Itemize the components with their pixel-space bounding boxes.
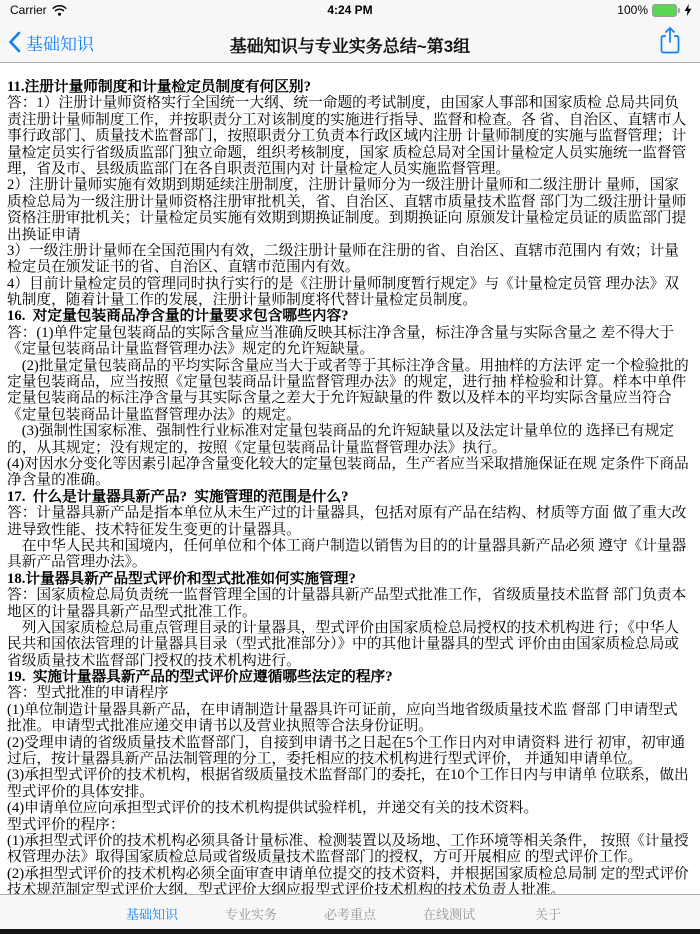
text-line: 型式评价的具体安排。 (7, 784, 693, 800)
text-line: 净含量的准确。 (7, 472, 693, 488)
text-line: 答：型式批准的申请程序 (7, 685, 693, 701)
text-line: (3)承担型式评价的技术机构，根据省级质量技术监督部门的委托，在10个工作日内与… (7, 767, 693, 783)
text-line: 《定量包装商品计量监督管理办法》规定的允许短缺量。 (7, 341, 693, 357)
tab-about[interactable]: 关于 (499, 904, 598, 923)
text-line: 定量包装商品，应当按照《定量包装商品计量监督管理办法》的规定，进行抽 样检验和计… (7, 374, 693, 390)
share-icon (658, 26, 684, 55)
tab-online-test[interactable]: 在线测试 (400, 904, 499, 923)
tab-exam-key-points[interactable]: 必考重点 (301, 904, 400, 923)
text-line: 19. 实施计量器具新产品的型式评价应遵循哪些法定的程序? (7, 669, 693, 685)
text-line: 批准。申请型式批准应递交申请书以及营业执照等合法身份证明。 (7, 718, 693, 734)
text-line: (2)批量定量包装商品的平均实际含量应当大于或者等于其标注净含量。用抽样的方法评… (7, 358, 693, 374)
chevron-left-icon (8, 31, 21, 53)
text-line: 答：国家质检总局负责统一监督管理全国的计量器具新产品型式批准工作，省级质量技术监… (7, 587, 693, 603)
text-line: 责注册计量师制度工作，并按职责分工对该制度的实施进行指导、监督和检查。各 省、自… (7, 112, 693, 128)
text-line: (1)承担型式评价的技术机构必须具备计量标准、检测装置以及场地、工作环境等相关条… (7, 833, 693, 849)
page-title: 基础知识与专业实务总结~第3组 (120, 32, 580, 57)
text-line: (3)强制性国家标准、强制性行业标准对定量包装商品的允许短缺量以及法定计量单位的… (7, 423, 693, 439)
text-line: (1)单位制造计量器具新产品，在申请制造计量器具许可证前，应向当地省级质量技术监… (7, 702, 693, 718)
top-chrome: Carrier 4:24 PM 100% (0, 0, 700, 63)
text-line: 量检定员实行省级质监部门独立命题，组织考核制度，国家 质检总局对全国计量检定人员… (7, 145, 693, 161)
tab-professional-practice[interactable]: 专业实务 (202, 904, 301, 923)
text-line: 4）目前计量检定员的管理同时执行实行的是《注册计量师制度暂行规定》与《计量检定员… (7, 276, 693, 292)
charging-bolt-icon (684, 4, 692, 16)
bottom-strip (0, 929, 700, 934)
text-line: 在中华人民共和国境内，任何单位和个体工商户制造以销售为目的的计量器具新产品必须 … (7, 538, 693, 554)
text-line: 列入国家质检总局重点管理目录的计量器具，型式评价由国家质检总局授权的技术机构进 … (7, 620, 693, 636)
text-line: (4)对因水分变化等因素引起净含量变化较大的定量包装商品，生产者应当采取措施保证… (7, 456, 693, 472)
clock: 4:24 PM (0, 3, 700, 17)
status-bar: Carrier 4:24 PM 100% (0, 0, 700, 20)
text-line: 出换证申请 (7, 227, 693, 243)
battery-percent: 100% (617, 3, 648, 17)
status-right: 100% (617, 0, 692, 20)
text-line: 省级质量技术监督部门授权的技术机构进行。 (7, 653, 693, 669)
text-line: 3）一级注册计量师在全国范围内有效，二级注册计量师在注册的省、自治区、直辖市范围… (7, 243, 693, 259)
text-line: 型式评价的程序： (7, 817, 693, 833)
text-line: 答：(1)单件定量包装商品的实际含量应当准确反映其标注净含量，标注净含量与实际含… (7, 325, 693, 341)
text-line: 答：计量器具新产品是指本单位从未生产过的计量器具，包括对原有产品在结构、材质等方… (7, 505, 693, 521)
text-line: (4)申请单位应向承担型式评价的技术机构提供试验样机，并递交有关的技术资料。 (7, 800, 693, 816)
back-button[interactable]: 基础知识 (8, 28, 94, 56)
share-button[interactable] (658, 26, 684, 56)
text-line: 11.注册计量师制度和计量检定员制度有何区别? (7, 79, 693, 95)
text-line: 答：1）注册计量师资格实行全国统一大纲、统一命题的考试制度，由国家人事部和国家质… (7, 95, 693, 111)
text-line: 地区的计量器具新产品型式批准工作。 (7, 604, 693, 620)
text-line: (2)承担型式评价的技术机构必须全面审查申请单位提交的技术资料，并根据国家质检总… (7, 866, 693, 882)
tab-basic-knowledge[interactable]: 基础知识 (103, 904, 202, 923)
text-line: 轨制度，随着计量工作的发展，注册计量师制度将代替计量检定员制度。 (7, 292, 693, 308)
text-line: (2)受理申请的省级质量技术监督部门，自接到申请书之日起在5个工作日内对申请资料… (7, 735, 693, 751)
document-content: 11.注册计量师制度和计量检定员制度有何区别? 答：1）注册计量师资格实行全国统… (0, 64, 700, 895)
battery-icon (652, 4, 680, 17)
text-line: 18.计量器具新产品型式评价和型式批准如何实施管理? (7, 571, 693, 587)
text-line: 质检总局为一级注册计量师资格注册审批机关，省、自治区、直辖市质量技术监督 部门为… (7, 194, 693, 210)
text-line: 《定量包装商品计量监督管理办法》的规定。 (7, 407, 693, 423)
text-line: 民共和国依法管理的计量器具目录（型式批准部分）》中的其他计量器具的型式 评价由由… (7, 636, 693, 652)
text-line: 资格注册审批机关；计量检定员实施有效期到期换证制度。到期换证向 原颁发计量检定员… (7, 210, 693, 226)
app-screen: Carrier 4:24 PM 100% (0, 0, 700, 934)
text-line: 定量包装商品的标注净含量与其实际含量之差大于允许短缺量的件 数以及样本的平均实际… (7, 390, 693, 406)
text-line: 2）注册计量师实施有效期到期延续注册制度，注册计量师分为一级注册计量师和二级注册… (7, 177, 693, 193)
text-line: 权管理办法》取得国家质检总局或省级质量技术监督部门的授权，方可开展相应 的型式评… (7, 849, 693, 865)
tab-bar: 基础知识 专业实务 必考重点 在线测试 关于 (0, 894, 700, 929)
text-line: 过后，按计量器具新产品法制管理的分工，委托相应的技术机构进行型式评价， 并通知申… (7, 751, 693, 767)
text-line: 16. 对定量包装商品净含量的计量要求包含哪些内容? (7, 308, 693, 324)
back-button-label: 基础知识 (26, 30, 94, 55)
text-line: 进导致性能、技术特征发生变更的计量器具。 (7, 522, 693, 538)
text-line: 事行政部门、质量技术监督部门，按照职责分工负责本行政区域内注册 计量师制度的实施… (7, 128, 693, 144)
text-line: 理，省及市、县级质监部门在各自职责范围内对 计量检定人员实施监督管理。 (7, 161, 693, 177)
text-line: 具新产品管理办法》。 (7, 554, 693, 570)
text-line: 检定员在颁发证书的省、自治区、直辖市范围内有效。 (7, 259, 693, 275)
text-line: 17. 什么是计量器具新产品? 实施管理的范围是什么? (7, 489, 693, 505)
text-line: 的，从其规定；没有规定的，按照《定量包装商品计量监督管理办法》执行。 (7, 440, 693, 456)
nav-bar: 基础知识 基础知识与专业实务总结~第3组 (0, 20, 700, 63)
